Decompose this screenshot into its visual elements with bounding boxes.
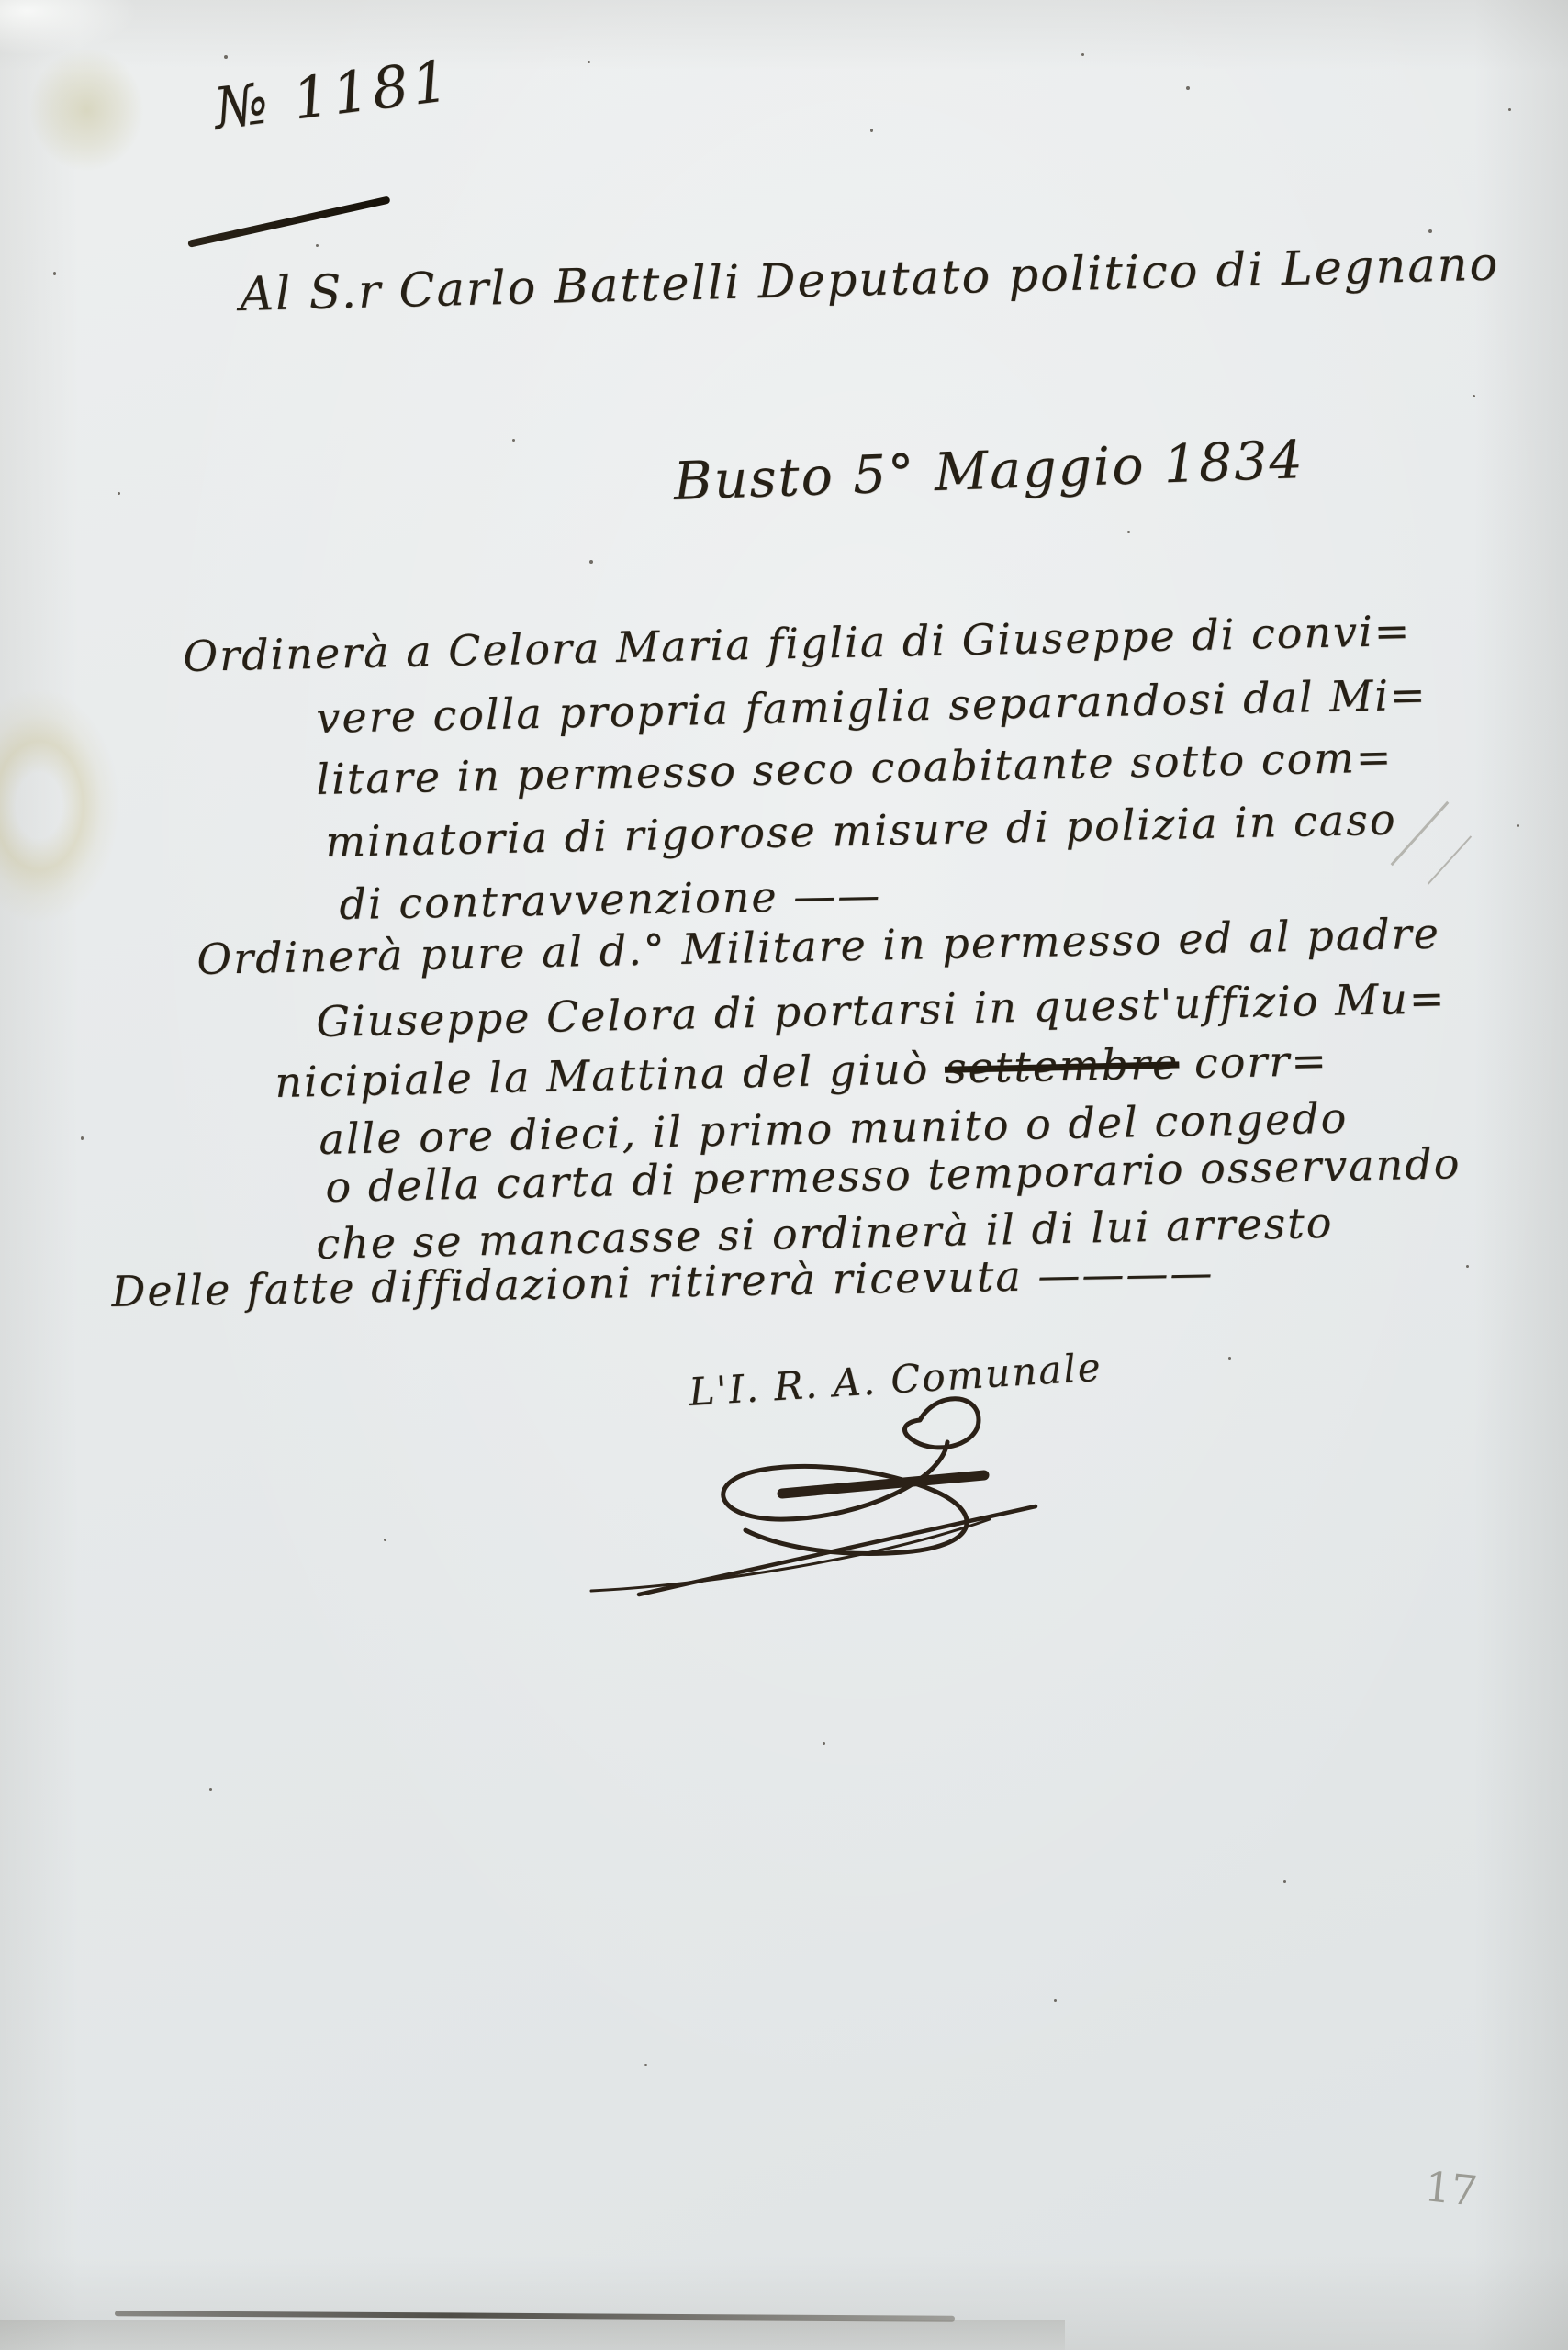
paper-stain — [29, 48, 144, 172]
number-underline-flourish — [187, 196, 390, 248]
body-line-12: Delle fatte diffidazioni ritirerà ricevu… — [111, 1248, 1215, 1316]
body-line-4: minatoria di rigorose misure di polizia … — [325, 795, 1397, 867]
pencil-annotation: 17 — [1422, 2162, 1479, 2216]
paper-stain — [0, 688, 119, 923]
body-line-8-after: corr= — [1179, 1035, 1329, 1088]
pencil-scratch — [1391, 801, 1450, 866]
body-line-1: Ordinerà a Celora Maria figlia di Giusep… — [183, 606, 1412, 681]
body-line-3: litare in permesso seco coabitante sotto… — [316, 732, 1394, 804]
signature-flourish — [551, 1382, 1083, 1602]
document-number: № 1181 — [210, 47, 455, 142]
body-line-2: vere colla propria famiglia separandosi … — [316, 670, 1428, 743]
dateline: Busto 5° Maggio 1834 — [673, 430, 1305, 512]
body-line-7: Giuseppe Celora di portarsi in quest'uff… — [316, 973, 1447, 1046]
scan-corner-highlight — [0, 0, 138, 55]
body-line-5: di contravvenzione —— — [339, 870, 882, 929]
addressee-line: Al S.r Carlo Battelli Deputato politico … — [240, 237, 1500, 322]
paper-fold-shadow — [0, 2320, 1065, 2350]
body-line-8-before: nicipiale la Mattina del giuò — [274, 1044, 946, 1107]
pencil-scratch — [1428, 835, 1472, 884]
body-line-8-struck-word: settembre — [944, 1038, 1179, 1092]
